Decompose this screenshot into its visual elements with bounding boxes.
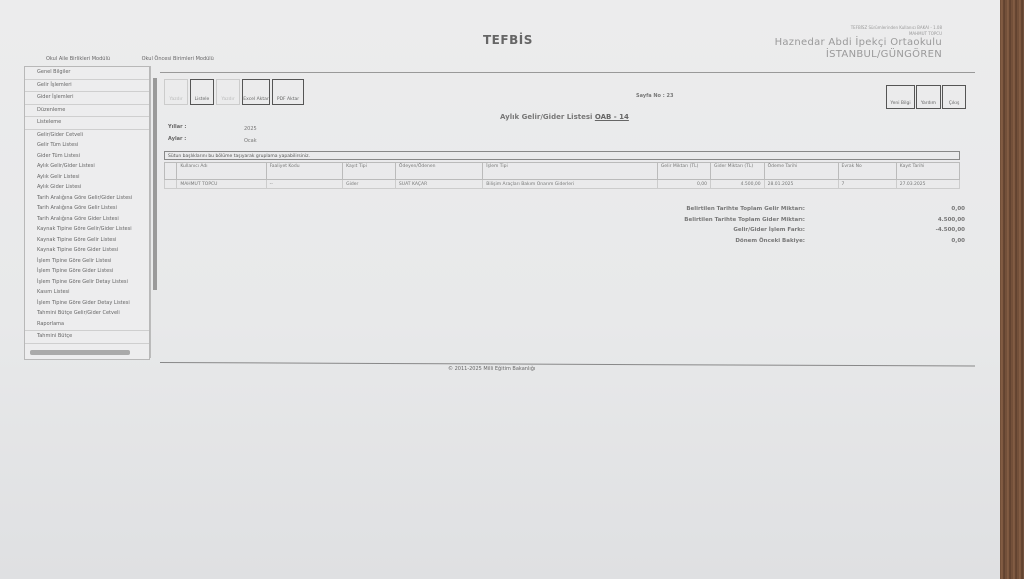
column-header[interactable]: Kayıt Tarihi <box>896 163 959 180</box>
report-title-text: Aylık Gelir/Gider Listesi <box>500 113 592 121</box>
toolbar-button-listele[interactable]: Listele <box>190 79 214 105</box>
sidebar-item[interactable]: Tahmini Bütçe <box>25 331 149 344</box>
sidebar-item[interactable]: Tarih Aralığına Göre Gelir/Gider Listesi <box>25 193 149 204</box>
sidebar-item[interactable]: Kaynak Tipine Göre Gider Listesi <box>25 245 149 256</box>
table-cell: MAHMUT TOPCU <box>177 180 266 189</box>
table-cell: -- <box>266 180 343 189</box>
table-row[interactable]: MAHMUT TOPCU--GiderSUAT KAÇARBilişim Ara… <box>165 180 960 189</box>
module-tab-okul-oncesi[interactable]: Okul Öncesi Birimleri Modülü <box>142 56 214 62</box>
summary-label: Gelir/Gider İşlem Farkı: <box>545 227 805 238</box>
summary-row: Belirtilen Tarihte Toplam Gelir Miktarı:… <box>545 206 965 217</box>
table-cell: Gider <box>343 180 396 189</box>
sidebar-item[interactable]: Gider Tüm Listesi <box>25 151 149 162</box>
summary: Belirtilen Tarihte Toplam Gelir Miktarı:… <box>545 206 965 248</box>
table-cell: Bilişim Araçları Bakım Onarım Giderleri <box>483 180 658 189</box>
column-header[interactable]: Ödeyen/Ödenen <box>395 163 482 180</box>
summary-value: 0,00 <box>805 206 965 217</box>
sidebar-item[interactable]: Aylık Gelir/Gider Listesi <box>25 161 149 172</box>
table-surface <box>1000 0 1024 579</box>
summary-row: Dönem Önceki Bakiye:0,00 <box>545 238 965 249</box>
sidebar-item[interactable]: Raporlama <box>25 319 149 332</box>
table-cell: 28.01.2025 <box>764 180 838 189</box>
sidebar-item[interactable]: Gider İşlemleri <box>25 92 149 105</box>
scroll-thumb[interactable] <box>153 78 157 290</box>
toolbar-button-yazdır[interactable]: Yazdır <box>164 79 188 105</box>
month-value: Ocak <box>244 138 257 144</box>
sidebar-item[interactable]: Aylık Gider Listesi <box>25 182 149 193</box>
table-cell: 7 <box>838 180 896 189</box>
column-header[interactable]: Kullanıcı Adı <box>177 163 266 180</box>
module-tabs: Okul Aile Birlikleri Modülü Okul Öncesi … <box>46 56 244 62</box>
column-header[interactable]: Gider Miktarı (TL) <box>710 163 764 180</box>
school-name: Haznedar Abdi İpekçi Ortaokulu <box>775 38 942 48</box>
school-header: TEFBİSZ Sürümlerinden Kullanıcı BAKAI - … <box>775 26 942 60</box>
table-cell: 0,00 <box>657 180 710 189</box>
year-value: 2025 <box>244 126 257 132</box>
column-header[interactable]: Gelir Miktarı (TL) <box>657 163 710 180</box>
summary-row: Belirtilen Tarihte Toplam Gider Miktarı:… <box>545 217 965 228</box>
table-cell: SUAT KAÇAR <box>395 180 482 189</box>
data-grid: Kullanıcı AdıFaaliyet KoduKayıt TipiÖdey… <box>164 162 960 189</box>
sidebar-item[interactable]: Gelir Tüm Listesi <box>25 140 149 151</box>
sidebar-scrollbar[interactable] <box>150 66 159 358</box>
sidebar-item[interactable]: Gelir İşlemleri <box>25 80 149 93</box>
app-title: TEFBİS <box>483 33 533 47</box>
summary-label: Belirtilen Tarihte Toplam Gelir Miktarı: <box>545 206 805 217</box>
group-by-panel[interactable]: Sütun başlıklarını bu bölüme taşıyarak g… <box>164 151 960 160</box>
school-location: İSTANBUL/GÜNGÖREN <box>775 50 942 60</box>
report-code: OAB - 14 <box>595 113 629 121</box>
summary-value: -4.500,00 <box>805 227 965 238</box>
sidebar-item[interactable]: Tarih Aralığına Göre Gelir Listesi <box>25 203 149 214</box>
header-user: MAHMUT TOPCU <box>775 32 942 36</box>
summary-value: 0,00 <box>805 238 965 249</box>
table-cell: 27.03.2025 <box>896 180 959 189</box>
column-header[interactable]: Kayıt Tipi <box>343 163 396 180</box>
column-header[interactable]: İşlem Tipi <box>483 163 658 180</box>
sidebar-item[interactable]: İşlem Tipine Göre Gider Detay Listesi <box>25 298 149 309</box>
printed-page: TEFBİS TEFBİSZ Sürümlerinden Kullanıcı B… <box>0 0 1000 579</box>
report-panel: YazdırListeleYazdırExcel AktarPDF Aktar … <box>160 72 975 363</box>
summary-row: Gelir/Gider İşlem Farkı:-4.500,00 <box>545 227 965 238</box>
sidebar-item[interactable]: Gelir/Gider Cetveli <box>25 130 149 141</box>
right-button-2[interactable]: Çıkış <box>942 85 966 109</box>
header-version: TEFBİSZ Sürümlerinden Kullanıcı BAKAI - … <box>775 26 942 30</box>
sidebar-hscrollbar[interactable] <box>30 350 130 355</box>
summary-value: 4.500,00 <box>805 217 965 228</box>
month-label: Aylar : <box>168 136 186 142</box>
summary-label: Dönem Önceki Bakiye: <box>545 238 805 249</box>
sidebar-item[interactable]: Listeleme <box>25 117 149 130</box>
sidebar-item[interactable]: Kaynak Tipine Göre Gelir Listesi <box>25 235 149 246</box>
sidebar-item[interactable]: Tahmini Bütçe Gelir/Gider Cetveli <box>25 308 149 319</box>
sidebar-item[interactable]: Kaynak Tipine Göre Gelir/Gider Listesi <box>25 224 149 235</box>
grid-row-indicator <box>165 163 177 180</box>
table-cell: 4.500,00 <box>710 180 764 189</box>
toolbar-button-excel-aktar[interactable]: Excel Aktar <box>242 79 270 105</box>
summary-label: Belirtilen Tarihte Toplam Gider Miktarı: <box>545 217 805 228</box>
sidebar-item[interactable]: İşlem Tipine Göre Gelir Detay Listesi <box>25 277 149 288</box>
column-header[interactable]: Faaliyet Kodu <box>266 163 343 180</box>
column-header[interactable]: Evrak No <box>838 163 896 180</box>
footer-copyright: © 2011-2025 Milli Eğitim Bakanlığı <box>448 366 535 372</box>
sidebar-menu: Genel BilgilerGelir İşlemleriGider İşlem… <box>24 66 150 360</box>
page-number: Sayfa No : 23 <box>636 93 673 99</box>
module-tab-oab[interactable]: Okul Aile Birlikleri Modülü <box>46 56 110 62</box>
sidebar-item[interactable]: Düzenleme <box>25 105 149 118</box>
sidebar-item[interactable]: Tarih Aralığına Göre Gider Listesi <box>25 214 149 225</box>
sidebar-item[interactable]: Aylık Gelir Listesi <box>25 172 149 183</box>
report-title: Aylık Gelir/Gider Listesi OAB - 14 <box>500 113 629 121</box>
sidebar-item[interactable]: İşlem Tipine Göre Gelir Listesi <box>25 256 149 267</box>
right-button-1[interactable]: Yardım <box>916 85 941 109</box>
sidebar-item[interactable]: İşlem Tipine Göre Gider Listesi <box>25 266 149 277</box>
year-label: Yıllar : <box>168 124 186 130</box>
column-header[interactable]: Ödeme Tarihi <box>764 163 838 180</box>
toolbar-button-pdf-aktar[interactable]: PDF Aktar <box>272 79 304 105</box>
sidebar-item[interactable]: Genel Bilgiler <box>25 67 149 80</box>
toolbar-button-yazdır[interactable]: Yazdır <box>216 79 240 105</box>
right-button-0[interactable]: Yeni Bilgi <box>886 85 915 109</box>
row-indicator <box>165 180 177 189</box>
sidebar-item[interactable]: Kasım Listesi <box>25 287 149 298</box>
